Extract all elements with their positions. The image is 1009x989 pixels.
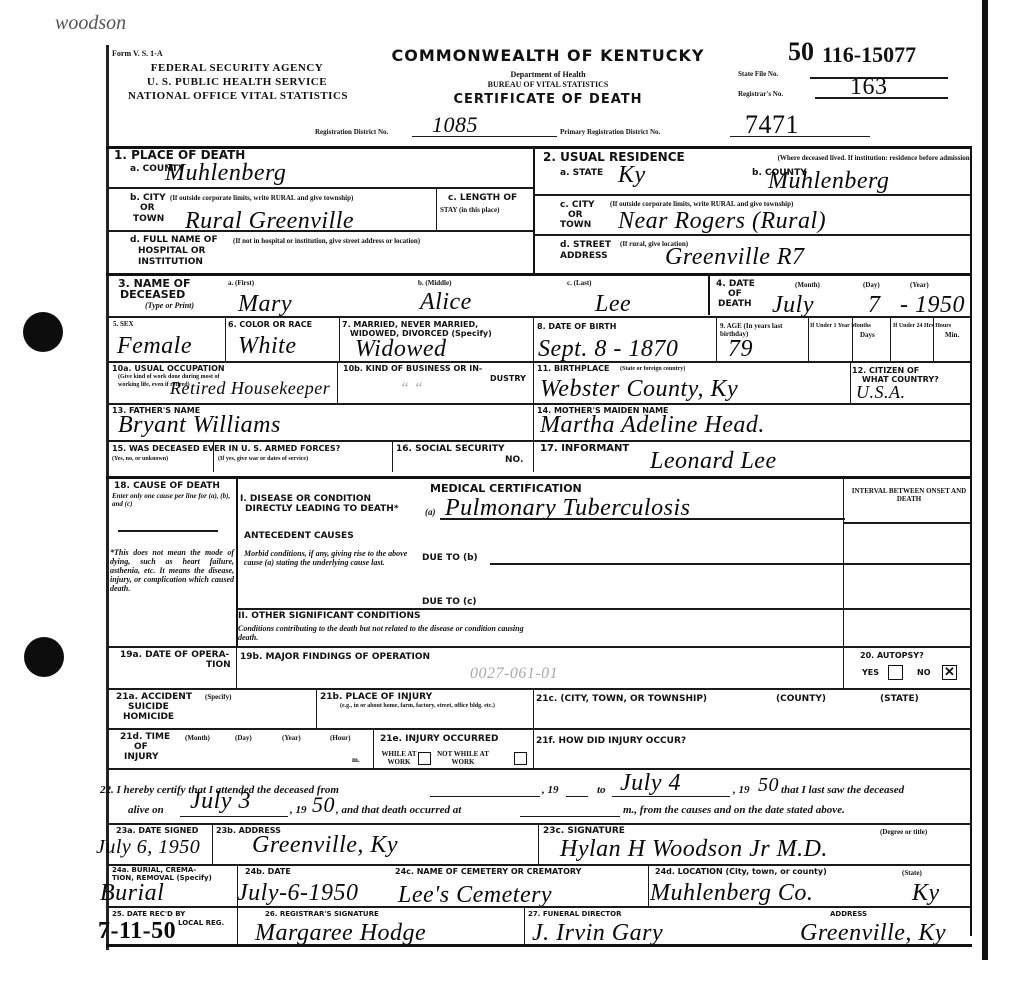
funeral-director-label: 27. FUNERAL DIRECTOR [528, 909, 622, 919]
burial-type-value: Burial [100, 880, 164, 907]
place-of-death-label: 1. PLACE OF DEATH [114, 150, 245, 160]
funeral-director-value: J. Irvin Gary [532, 920, 663, 947]
residence-city-label-1: c. CITY [560, 200, 595, 210]
cert-to: to [597, 785, 606, 795]
antecedent-note: Morbid conditions, if any, giving rise t… [244, 549, 409, 567]
date-signed-label: 23a. DATE SIGNED [116, 826, 198, 836]
cert-to-date: July 4 [620, 770, 681, 797]
hospital-label-2: HOSPITAL OR [138, 246, 205, 256]
degree-label: (Degree or title) [880, 828, 927, 836]
cause-of-death-label: 18. CAUSE OF DEATH [114, 481, 220, 491]
bureau: BUREAU OF VITAL STATISTICS [383, 80, 713, 89]
death-month-value: July [772, 292, 814, 319]
injury-state-label: (STATE) [880, 694, 919, 704]
injury-city-label: 21c. (CITY, TOWN, OR TOWNSHIP) [536, 694, 707, 704]
date-received-label-2: LOCAL REG. [178, 918, 224, 928]
citizen-value: U.S.A. [856, 382, 906, 403]
punch-hole-top [23, 312, 63, 352]
while-at-work-checkbox[interactable] [418, 752, 431, 765]
file-prefix: 50 [788, 37, 814, 67]
injury-hour-label: (Hour) [330, 734, 351, 742]
punch-hole-bottom [24, 637, 64, 677]
death-month-label: (Month) [795, 281, 820, 289]
signer-address-value: Greenville, Ky [252, 832, 398, 859]
last-name-value: Lee [595, 291, 631, 318]
residence-city-value: Near Rogers (Rural) [618, 208, 826, 235]
sex-label: 5. SEX [113, 320, 134, 328]
autopsy-no-checkbox[interactable]: ✕ [942, 665, 957, 680]
place-of-injury-label: 21b. PLACE OF INJURY [320, 692, 432, 702]
first-name-label: a. (First) [228, 279, 254, 287]
physician-signature: Hylan H Woodson Jr M.D. [560, 836, 828, 863]
death-city-label-1: b. CITY [130, 193, 166, 203]
interval-label: INTERVAL BETWEEN ONSET AND DEATH [850, 487, 968, 503]
index-stamp: 0027-061-01 [470, 665, 558, 683]
cert-19b: , 19 [733, 785, 750, 795]
social-security-no-label: NO. [505, 455, 523, 465]
cert-alive-on: alive on [128, 805, 164, 815]
informant-label: 17. INFORMANT [540, 444, 629, 454]
age-days-label: Days [860, 331, 875, 339]
residence-city-label-2: OR [568, 210, 583, 220]
injury-time-label-3: INJURY [124, 752, 159, 762]
primary-registration-label: Primary Registration District No. [560, 128, 660, 136]
cert-alive-date: July 3 [190, 788, 251, 815]
autopsy-yes-label: YES [862, 668, 879, 678]
last-name-label: c. (Last) [567, 279, 592, 287]
injury-time-label-1: 21d. TIME [120, 732, 170, 742]
registrar-no-label: Registrar's No. [738, 90, 783, 98]
cert-19c: , 19 [290, 805, 307, 815]
death-county-value: Muhlenberg [165, 160, 286, 187]
not-while-at-work-checkbox[interactable] [514, 752, 527, 765]
funeral-address-label: ADDRESS [830, 909, 867, 919]
burial-location-label: 24d. LOCATION (City, town, or county) [655, 867, 827, 877]
residence-city-note: (If outside corporate limits, write RURA… [610, 200, 793, 208]
first-name-value: Mary [238, 291, 292, 318]
armed-forces-note-1: (Yes, no, or unknown) [112, 455, 168, 463]
cemetery-label: 24c. NAME OF CEMETERY OR CREMATORY [395, 867, 581, 877]
operation-date-label-2: TION [206, 660, 231, 670]
cert-19a: , 19 [542, 785, 559, 795]
cemetery-value: Lee's Cemetery [398, 882, 552, 909]
race-label: 6. COLOR OR RACE [228, 320, 312, 330]
sex-value: Female [117, 333, 192, 360]
burial-location-value: Muhlenberg Co. [650, 880, 813, 907]
burial-date-label: 24b. DATE [245, 867, 291, 877]
agency-line-1: FEDERAL SECURITY AGENCY [112, 62, 362, 74]
accident-label-3: HOMICIDE [123, 712, 174, 722]
autopsy-no-label: NO [917, 668, 931, 678]
injury-month-label: (Month) [185, 734, 210, 742]
registration-district-value: 1085 [432, 112, 478, 138]
residence-street-label-2: ADDRESS [560, 251, 608, 261]
burial-type-label-1: 24a. BURIAL, CREMA- [112, 866, 196, 874]
age-min-label: Min. [945, 331, 959, 339]
form-id: Form V. S. 1-A [112, 50, 163, 58]
agency-line-3: NATIONAL OFFICE VITAL STATISTICS [110, 90, 366, 102]
page-edge [982, 0, 988, 960]
death-year-value: - 1950 [900, 292, 965, 319]
operation-findings-label: 19b. MAJOR FINDINGS OF OPERATION [240, 652, 430, 662]
hospital-label-1: d. FULL NAME OF [130, 235, 218, 245]
agency-line-2: U. S. PUBLIC HEALTH SERVICE [112, 76, 362, 88]
birth-date-label: 8. DATE OF BIRTH [537, 322, 616, 332]
industry-label-2: DUSTRY [490, 374, 526, 384]
other-conditions-label: II. OTHER SIGNIFICANT CONDITIONS [238, 611, 421, 621]
informant-value: Leonard Lee [650, 448, 777, 475]
date-signed-value: July 6, 1950 [96, 836, 200, 859]
social-security-label: 16. SOCIAL SECURITY [396, 444, 504, 454]
armed-forces-note-2: (If yes, give war or dates of service) [218, 455, 308, 463]
name-label-2: DECEASED [120, 289, 185, 300]
date-received-value: 7-11-50 [98, 918, 176, 945]
accident-specify-label: (Specify) [205, 693, 231, 701]
cause-instruction: Enter only one cause per line for (a), (… [112, 492, 234, 508]
hospital-note: (If not in hospital or institution, give… [233, 237, 523, 245]
birthplace-value: Webster County, Ky [540, 376, 738, 403]
injury-year-label: (Year) [282, 734, 301, 742]
due-to-b-label: DUE TO (b) [422, 553, 478, 563]
cert-occurred: , and that death occurred at [336, 805, 461, 815]
certificate-title: CERTIFICATE OF DEATH [383, 92, 713, 107]
cert-alive-year: 50 [312, 792, 335, 818]
form-left-border [106, 45, 109, 950]
disease-label-2: DIRECTLY LEADING TO DEATH* [245, 504, 399, 514]
mother-value: Martha Adeline Head. [540, 412, 765, 439]
top-annotation: woodson [55, 12, 126, 35]
usual-residence-note: (Where deceased lived. If institution: r… [722, 154, 972, 162]
death-day-value: 7 [868, 292, 881, 319]
industry-value: “ “ [400, 380, 423, 398]
age-value: 79 [728, 336, 753, 363]
state-file-label: State File No. [738, 70, 778, 78]
middle-name-label: b. (Middle) [418, 279, 451, 287]
race-value: White [238, 333, 296, 360]
birthplace-label: 11. BIRTHPLACE [537, 364, 609, 374]
autopsy-yes-checkbox[interactable] [888, 665, 903, 680]
cert-last-saw: that I last saw the deceased [781, 785, 904, 795]
registration-district-label: Registration District No. [315, 128, 388, 136]
residence-state-label: a. STATE [560, 168, 603, 178]
cause-footnote: *This does not mean the mode of dying, s… [110, 548, 234, 593]
department: Department of Health [383, 70, 713, 79]
injury-county-label: (COUNTY) [776, 694, 826, 704]
occupation-value: Retired Housekeeper [170, 378, 330, 399]
not-while-at-work-label: NOT WHILE AT WORK [432, 750, 494, 766]
burial-state-value: Ky [912, 880, 940, 907]
usual-residence-label: 2. USUAL RESIDENCE [543, 152, 685, 162]
death-date-label-3: DEATH [718, 299, 752, 309]
injury-m-label: m. [352, 756, 360, 764]
burial-state-label: (State) [902, 869, 922, 877]
accident-label-1: 21a. ACCIDENT [116, 692, 192, 702]
age-hours-label: If Under 24 Hrs Hours [893, 322, 968, 330]
how-injury-label: 21f. HOW DID INJURY OCCUR? [536, 736, 686, 746]
while-at-work-label: WHILE AT WORK [380, 750, 418, 766]
residence-street-value: Greenville R7 [665, 244, 805, 271]
age-months-label: If Under 1 Year Months [810, 322, 880, 330]
accident-label-2: SUICIDE [128, 702, 169, 712]
place-of-injury-note: (e.g., in or about home, farm, factory, … [340, 702, 530, 710]
line-a-marker: (a) [425, 507, 436, 517]
marital-label-1: 7. MARRIED, NEVER MARRIED, [342, 320, 478, 329]
residence-state-value: Ky [618, 162, 646, 189]
father-value: Bryant Williams [118, 412, 281, 439]
cert-m-text: m., from the causes and on the date stat… [623, 805, 845, 815]
birth-date-value: Sept. 8 - 1870 [538, 336, 678, 363]
medical-certification-label: MEDICAL CERTIFICATION [430, 484, 582, 494]
burial-date-value: July-6-1950 [237, 880, 358, 907]
marital-value: Widowed [355, 336, 447, 363]
residence-street-label-1: d. STREET [560, 240, 611, 250]
length-of-stay-sublabel: STAY (in this place) [440, 206, 499, 214]
signature-label: 23c. SIGNATURE [543, 826, 625, 836]
residence-county-value: Muhlenberg [768, 168, 889, 195]
hospital-label-3: INSTITUTION [138, 257, 203, 267]
funeral-address-value: Greenville, Ky [800, 920, 946, 947]
length-of-stay-label: c. LENGTH OF [448, 193, 517, 203]
middle-name-value: Alice [420, 289, 472, 316]
injury-day-label: (Day) [235, 734, 252, 742]
page-title: COMMONWEALTH OF KENTUCKY [383, 46, 713, 65]
death-date-label-1: 4. DATE [716, 279, 755, 289]
death-city-note: (If outside corporate limits, write RURA… [170, 194, 435, 202]
disease-label-1: I. DISEASE OR CONDITION [240, 494, 371, 504]
death-city-label-2: OR [140, 203, 155, 213]
industry-label-1: 10b. KIND OF BUSINESS OR IN- [343, 364, 482, 374]
death-city-label-3: TOWN [133, 214, 164, 224]
armed-forces-label: 15. WAS DECEASED EVER IN U. S. ARMED FOR… [112, 444, 340, 454]
death-year-label: (Year) [910, 281, 929, 289]
birthplace-note: (State or foreign country) [620, 365, 685, 373]
death-day-label: (Day) [863, 281, 880, 289]
file-number-stamp: 116-15077 [822, 42, 916, 68]
registrar-signature-label: 26. REGISTRAR'S SIGNATURE [265, 909, 379, 919]
due-to-c-label: DUE TO (c) [422, 597, 477, 607]
other-conditions-note: Conditions contributing to the death but… [238, 624, 528, 642]
residence-city-label-3: TOWN [560, 220, 591, 230]
death-date-label-2: OF [728, 289, 742, 299]
cert-to-year: 50 [758, 774, 779, 797]
injury-time-label-2: OF [134, 742, 148, 752]
injury-occurred-label: 21e. INJURY OCCURRED [380, 734, 498, 744]
antecedent-label: ANTECEDENT CAUSES [244, 531, 354, 541]
name-label-3: (Type or Print) [145, 301, 194, 311]
registrar-signature-value: Margaree Hodge [255, 920, 426, 947]
autopsy-label: 20. AUTOPSY? [860, 651, 924, 661]
operation-date-label-1: 19a. DATE OF OPERA- [120, 650, 229, 660]
